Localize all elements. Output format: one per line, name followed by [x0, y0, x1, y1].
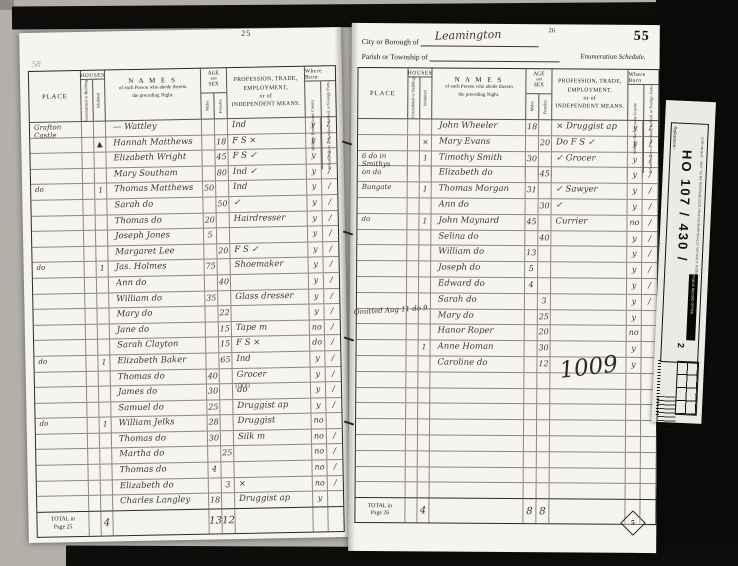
name-cell: Edward do — [431, 277, 525, 292]
inhabited-cell: 1 — [98, 355, 110, 370]
born-other-cell: / — [324, 257, 339, 272]
uninhabited-cell — [87, 371, 99, 386]
right-total-label: TOTAL in Page 26 — [355, 498, 405, 522]
name-cell: Elizabeth Baker — [110, 354, 206, 370]
inhabited-cell — [99, 371, 111, 386]
born-other-cell — [641, 421, 656, 436]
inhabited-header: Inhabited — [424, 90, 429, 106]
male-age-cell — [524, 389, 537, 404]
place-cell — [33, 293, 85, 309]
census-scan: 58 25 PLACE HOUSES Uninhabited or Buildi… — [0, 0, 738, 566]
uninhabited-cell — [82, 153, 94, 168]
inhabited-cell — [100, 464, 112, 479]
female-age-cell: 18 — [215, 135, 228, 150]
profession-cell: F S × — [232, 336, 310, 352]
born-county-cell: y — [308, 211, 323, 226]
female-age-cell — [217, 228, 230, 243]
place-cell — [357, 324, 407, 339]
uninhabited-cell — [406, 451, 418, 466]
reference-number: HO 107 / 430 / — [675, 150, 695, 263]
inhabited-cell — [420, 198, 432, 213]
right-total-females: 8 — [536, 499, 549, 523]
male-age-cell — [525, 326, 538, 341]
left-census-table: PLACE HOUSES Uninhabited or Building Inh… — [28, 65, 345, 538]
place-cell — [35, 387, 87, 403]
inhabited-cell — [97, 293, 109, 308]
uninhabited-cell — [407, 340, 419, 355]
name-cell: Elizabeth do — [113, 478, 209, 494]
born-other-cell: / — [327, 429, 342, 444]
name-cell — [430, 372, 524, 387]
name-cell — [430, 451, 524, 466]
male-age-cell: 31 — [526, 183, 539, 198]
born-county-cell: y — [627, 310, 642, 325]
profession-cell — [551, 310, 627, 325]
born-county-cell: y — [627, 295, 642, 310]
name-cell: Thomas do — [112, 431, 208, 447]
uninhabited-cell — [407, 214, 419, 229]
name-cell: Thomas do — [108, 213, 204, 229]
table-row — [356, 482, 656, 499]
place-cell — [356, 356, 406, 371]
profession-cell — [231, 305, 309, 321]
inhabited-cell — [95, 199, 107, 214]
profession-cell — [551, 263, 627, 278]
female-age-cell — [217, 213, 230, 228]
female-age-cell: 40 — [538, 231, 551, 246]
profession-cell: Ind — [229, 180, 307, 196]
uninhabited-cell — [89, 496, 101, 511]
female-age-cell — [537, 405, 550, 420]
inhabited-cell — [418, 388, 430, 403]
grid-scale — [675, 361, 699, 416]
name-cell: John Wheeler — [432, 119, 526, 134]
uninhabited-cell — [407, 246, 419, 261]
place-cell — [357, 245, 407, 260]
born-other-cell: / — [642, 216, 657, 231]
ruler-scale — [658, 396, 676, 397]
male-age-cell — [205, 275, 218, 290]
female-age-cell: 25 — [538, 310, 551, 325]
female-age-cell — [221, 431, 234, 446]
profession-cell: Hairdresser — [230, 211, 308, 227]
houses-header: HOUSES — [408, 68, 432, 76]
profession-cell — [234, 461, 312, 477]
inhabited-cell: ▲ — [94, 137, 106, 152]
born-county-cell: y — [308, 242, 323, 257]
name-cell: Joseph Jones — [108, 229, 204, 245]
name-cell: Charles Langley — [113, 494, 209, 510]
female-age-cell — [538, 278, 551, 293]
uninhabited-cell — [83, 200, 95, 215]
right-census-table: PLACE HOUSES Uninhabited or Building Inh… — [354, 67, 659, 525]
place-header: PLACE — [42, 93, 68, 100]
name-cell: Anne Homan — [431, 341, 525, 356]
place-cell — [37, 481, 89, 497]
parish-underline — [430, 50, 560, 62]
name-cell: Sarah do — [107, 198, 203, 214]
where-born-header: Where Born — [628, 70, 658, 84]
inhabited-cell — [97, 309, 109, 324]
female-age-cell: 3 — [538, 294, 551, 309]
male-age-cell: 35 — [205, 291, 218, 306]
place-cell — [32, 215, 84, 231]
born-other-cell: / — [323, 211, 338, 226]
place-cell — [357, 277, 407, 292]
uninhabited-cell — [88, 418, 100, 433]
uninhabited-cell — [406, 467, 418, 482]
male-age-cell — [524, 436, 537, 451]
left-table-header: PLACE HOUSES Uninhabited or Building Inh… — [29, 66, 336, 123]
name-cell: Hanor Roper — [431, 325, 525, 340]
born-county-cell: y — [313, 492, 328, 507]
born-other-cell — [641, 453, 656, 468]
inhabited-cell — [419, 277, 431, 292]
place-cell — [31, 169, 83, 185]
born-county-cell: y — [628, 200, 643, 215]
female-age-cell — [537, 468, 550, 483]
female-age-cell — [537, 436, 550, 451]
uninhabited-cell — [84, 215, 96, 230]
place-cell — [34, 340, 86, 356]
female-age-cell — [220, 384, 233, 399]
profession-cell: Currier — [551, 215, 627, 230]
female-age-cell — [537, 389, 550, 404]
uninhabited-cell — [86, 340, 98, 355]
male-age-cell — [524, 357, 537, 372]
uninhabited-cell — [407, 277, 419, 292]
col-names: N A M E S of each Person who abode there… — [105, 69, 202, 121]
inhabited-cell — [418, 404, 430, 419]
male-age-cell: 5 — [204, 229, 217, 244]
sex-header: SEX — [534, 82, 544, 88]
male-age-cell — [525, 231, 538, 246]
uninhabited-cell — [407, 325, 419, 340]
col-where-born: Where Born Whether Born in same County W… — [628, 70, 658, 120]
inhabited-cell — [94, 153, 106, 168]
profession-cell: Shoemaker — [231, 258, 309, 274]
born-other-cell — [641, 437, 656, 452]
inhabited-cell: 1 — [95, 184, 107, 199]
male-age-cell — [526, 168, 539, 183]
name-cell: Jane do — [110, 322, 206, 338]
born-county-cell: y — [309, 304, 324, 319]
place-cell — [30, 138, 82, 154]
born-other-header: Whether Born in Scotland, Ireland, or Fo… — [326, 81, 332, 169]
place-cell — [356, 435, 406, 450]
born-other-cell: / — [323, 226, 338, 241]
born-other-cell: / — [327, 460, 342, 475]
male-age-cell — [204, 244, 217, 259]
name-cell: Selina do — [431, 230, 525, 245]
inhabited-cell — [418, 356, 430, 371]
male-age-cell: 18 — [526, 120, 539, 135]
male-age-cell: 4 — [525, 278, 538, 293]
born-county-cell: y — [626, 358, 641, 373]
name-cell: Elizabeth Wright — [106, 151, 202, 167]
col-age-sex: AGE and SEX Males Females — [201, 68, 228, 118]
right-table-header: PLACE HOUSES Uninhabited or Building Inh… — [358, 68, 658, 121]
place-cell — [356, 372, 406, 387]
inhabited-cell: 1 — [100, 418, 112, 433]
inhabited-cell — [101, 480, 113, 495]
left-total-houses: 4 — [101, 511, 113, 535]
pencil-mark: 58 — [32, 59, 41, 69]
profession-cell — [551, 294, 627, 309]
female-age-cell — [538, 215, 551, 230]
male-age-cell — [525, 341, 538, 356]
born-county-header: Whether Born in same County — [311, 100, 316, 151]
inhabited-cell — [98, 324, 110, 339]
name-cell — [430, 388, 524, 403]
male-age-cell — [524, 373, 537, 388]
male-age-cell: 13 — [525, 247, 538, 262]
profession-cell: Druggist — [234, 414, 312, 430]
born-county-cell: no — [312, 445, 327, 460]
male-age-cell — [202, 151, 215, 166]
profession-cell — [551, 326, 627, 341]
place-cell — [358, 119, 408, 134]
male-age-cell — [203, 197, 216, 212]
female-age-cell — [537, 452, 550, 467]
profession-cell: × Druggist ap — [552, 120, 628, 135]
sex-header: SEX — [208, 81, 219, 87]
pencil-1000-mark: 1000 — [234, 381, 250, 390]
profession-cell: Ind — [232, 352, 310, 368]
uninhabited-cell — [406, 404, 418, 419]
male-age-cell: 30 — [207, 384, 220, 399]
name-cell: Ann do — [432, 198, 526, 213]
born-county-cell: no — [627, 326, 642, 341]
female-age-cell — [538, 247, 551, 262]
profession-cell — [234, 445, 312, 461]
male-age-cell: 5 — [525, 262, 538, 277]
profession-line4: INDEPENDENT MEANS. — [555, 103, 624, 112]
born-other-cell — [328, 491, 343, 506]
place-cell — [357, 230, 407, 245]
col-where-born: Where Born Whether Born in same County W… — [305, 66, 336, 117]
born-other-cell — [641, 468, 656, 483]
place-cell — [356, 451, 406, 466]
place-cell: do — [357, 214, 407, 229]
females-header: Females — [218, 99, 223, 113]
uninhabited-cell — [86, 324, 98, 339]
female-age-cell — [539, 120, 552, 135]
profession-cell: Druggist ap — [235, 492, 313, 508]
male-age-cell — [525, 310, 538, 325]
name-cell: Mary Evans — [432, 135, 526, 150]
born-other-cell: / — [323, 242, 338, 257]
uninhabited-cell — [88, 449, 100, 464]
female-age-cell — [221, 462, 234, 477]
born-other-cell: / — [322, 195, 337, 210]
name-cell: William do — [109, 291, 205, 307]
born-other-header: Whether Born in Scotland, Ireland, or Fo… — [648, 85, 653, 173]
place-cell — [356, 403, 406, 418]
names-subtext2: the preceding Night. — [132, 92, 173, 100]
born-county-cell: y — [310, 351, 325, 366]
born-county-cell: y — [627, 263, 642, 278]
male-age-cell — [206, 353, 219, 368]
uninhabited-cell — [83, 168, 95, 183]
place-cell — [33, 278, 85, 294]
right-total-houses: 4 — [417, 499, 429, 523]
name-cell: William do — [431, 246, 525, 261]
place-cell — [356, 467, 406, 482]
male-age-cell: 30 — [208, 431, 221, 446]
male-age-cell — [524, 420, 537, 435]
uninhabited-cell — [88, 465, 100, 480]
place-cell: Bungate — [358, 182, 408, 197]
inhabited-cell — [418, 435, 430, 450]
name-cell: Thomas do — [112, 463, 208, 479]
uninhabited-cell — [89, 480, 101, 495]
profession-cell: ✓ — [229, 196, 307, 212]
uninhabited-cell — [408, 183, 420, 198]
female-age-cell: 40 — [218, 275, 231, 290]
profession-cell: F S × — [228, 133, 306, 149]
name-cell: Sarah Clayton — [110, 338, 206, 354]
inhabited-cell — [96, 215, 108, 230]
uninhabited-cell — [85, 278, 97, 293]
profession-cell: × — [235, 476, 313, 492]
uninhabited-cell — [408, 135, 420, 150]
born-county-cell: do — [310, 336, 325, 351]
borough-label: City or Borough of — [362, 37, 419, 46]
inhabited-cell — [418, 451, 430, 466]
male-age-cell — [206, 322, 219, 337]
inhabited-cell — [418, 420, 430, 435]
name-cell: Thomas do — [111, 369, 207, 385]
col-place: PLACE — [29, 71, 82, 122]
born-county-cell: no — [312, 429, 327, 444]
uninhabited-cell — [86, 356, 98, 371]
male-age-cell: 45 — [525, 215, 538, 230]
uninhabited-header: Uninhabited or Building — [84, 80, 89, 121]
uninhabited-cell — [84, 246, 96, 261]
profession-cell — [550, 452, 626, 467]
name-cell: Joseph do — [431, 262, 525, 277]
place-cell — [30, 153, 82, 169]
born-county-cell — [626, 484, 641, 499]
male-age-cell — [526, 199, 539, 214]
inhabited-cell — [100, 449, 112, 464]
inhabited-cell — [101, 496, 113, 511]
male-age-cell: 75 — [205, 260, 218, 275]
female-age-cell — [539, 183, 552, 198]
uninhabited-cell — [83, 184, 95, 199]
name-cell: Margaret Lee — [108, 244, 204, 260]
uninhabited-cell — [85, 293, 97, 308]
male-age-cell — [203, 166, 216, 181]
right-page: 55 City or Borough of Leamington 26 Pari… — [348, 23, 660, 553]
uninhabited-cell — [406, 483, 418, 498]
profession-cell — [230, 227, 308, 243]
male-age-cell — [524, 468, 537, 483]
uninhabited-cell — [408, 167, 420, 182]
inhabited-cell — [99, 402, 111, 417]
female-age-cell — [537, 420, 550, 435]
born-county-cell — [626, 389, 641, 404]
profession-cell — [550, 484, 626, 499]
uninhabited-cell — [407, 230, 419, 245]
place-cell — [356, 419, 406, 434]
col-profession: PROFESSION, TRADE, EMPLOYMENT, or of IND… — [227, 67, 306, 118]
name-cell — [430, 435, 524, 450]
uninhabited-cell — [88, 434, 100, 449]
profession-line1: PROFESSION, TRADE, — [231, 75, 300, 85]
right-total-row: TOTAL in Page 26 4 8 8 — [355, 497, 655, 524]
born-county-cell — [626, 421, 641, 436]
born-other-cell: / — [322, 179, 337, 194]
uninhabited-cell — [85, 309, 97, 324]
name-cell: James do — [111, 385, 207, 401]
female-age-cell: 45 — [215, 150, 228, 165]
inhabited-cell — [419, 230, 431, 245]
profession-line4: INDEPENDENT MEANS. — [232, 100, 301, 110]
name-cell: Samuel do — [111, 400, 207, 416]
male-age-cell: 20 — [204, 213, 217, 228]
uninhabited-cell — [406, 419, 418, 434]
uninhabited-cell — [408, 119, 420, 134]
female-age-cell: 22 — [218, 306, 231, 321]
female-age-cell: 25 — [221, 447, 234, 462]
profession-cell: Glass dresser — [231, 289, 309, 305]
place-cell — [36, 465, 88, 481]
inhabited-cell — [96, 231, 108, 246]
col-age-sex: AGE and SEX Males Females — [526, 69, 552, 119]
inhabited-header: Inhabited — [97, 92, 102, 108]
place-cell: do — [33, 262, 85, 278]
born-other-cell: / — [327, 444, 342, 459]
place-cell — [35, 403, 87, 419]
name-cell: Hannah Matthews — [106, 135, 202, 151]
born-other-cell: / — [325, 320, 340, 335]
born-county-cell: y — [309, 273, 324, 288]
place-cell — [357, 340, 407, 355]
place-cell — [31, 200, 83, 216]
born-county-cell: y — [307, 180, 322, 195]
born-other-cell — [641, 484, 656, 499]
female-age-cell: 80 — [216, 166, 229, 181]
male-age-cell — [524, 404, 537, 419]
inhabited-cell — [419, 325, 431, 340]
born-county-cell — [626, 405, 641, 420]
place-cell: do — [31, 184, 83, 200]
born-county-header: Whether Born in same County — [633, 103, 638, 154]
right-total-males: 8 — [523, 499, 536, 523]
place-cell — [36, 434, 88, 450]
inhabited-cell — [419, 246, 431, 261]
inhabited-cell — [420, 167, 432, 182]
name-cell: Caroline do — [430, 356, 524, 371]
uninhabited-cell — [406, 356, 418, 371]
born-county-cell: y — [307, 195, 322, 210]
male-age-cell — [209, 478, 222, 493]
born-county-cell — [626, 374, 641, 389]
profession-cell: Tape m — [232, 320, 310, 336]
female-age-cell — [218, 259, 231, 274]
left-table-rows: Grafton Castle — Wattley Ind y / — [30, 117, 343, 512]
enumeration-schedule-label: Enumeration Schedule. — [580, 53, 645, 61]
born-county-cell: y — [311, 367, 326, 382]
female-age-cell — [537, 373, 550, 388]
female-age-cell: 12 — [537, 357, 550, 372]
name-cell: Mary do — [109, 307, 205, 323]
name-cell — [430, 420, 524, 435]
profession-cell: ✓ Sawyer — [552, 184, 628, 199]
born-county-cell — [626, 453, 641, 468]
